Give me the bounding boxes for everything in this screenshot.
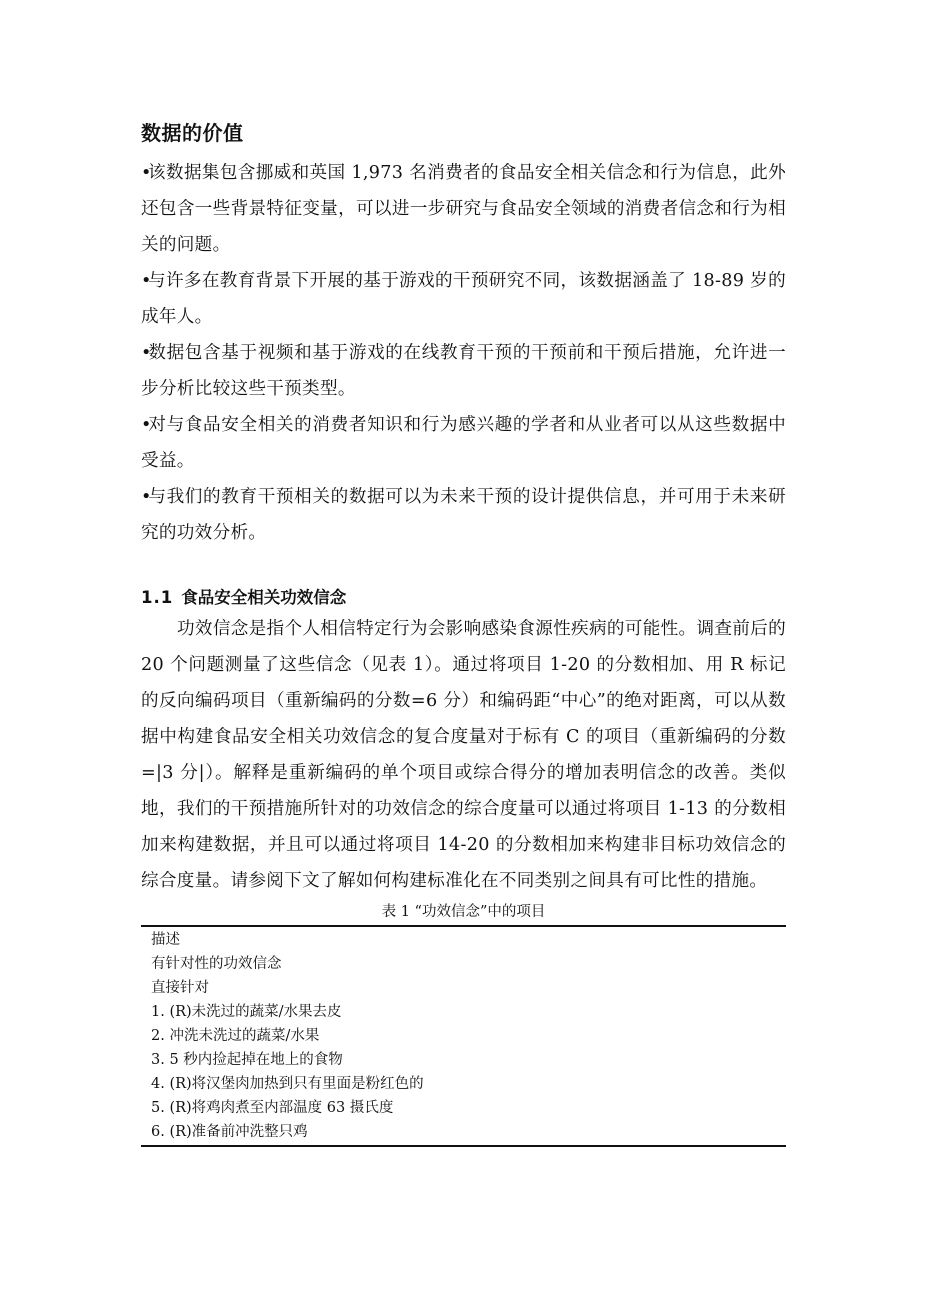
table-cell: 3. 5 秒内捡起掉在地上的食物	[141, 1048, 786, 1072]
efficacy-beliefs-table: 描述 有针对性的功效信念 直接针对 1. (R)未洗过的蔬菜/水果去皮 2. 冲…	[141, 925, 786, 1147]
bullet-text: 数据包含基于视频和基于游戏的在线教育干预的干预前和干预后措施，允许进一步分析比较…	[141, 343, 786, 399]
table-caption: 表 1 “功效信念”中的项目	[141, 899, 786, 923]
bullet-item: •对与食品安全相关的消费者知识和行为感兴趣的学者和从业者可以从这些数据中受益。	[141, 407, 786, 479]
bullet-icon: •	[141, 155, 148, 191]
efficacy-beliefs-paragraph: 功效信念是指个人相信特定行为会影响感染食源性疾病的可能性。调查前后的 20 个问…	[141, 611, 786, 899]
bullet-text: 与我们的教育干预相关的数据可以为未来干预的设计提供信息，并可用于未来研究的功效分…	[141, 487, 786, 543]
value-bullet-list: •该数据集包含挪威和英国 1,973 名消费者的食品安全相关信念和行为信息，此外…	[141, 155, 786, 551]
table-cell: 直接针对	[141, 976, 786, 1000]
table-cell: 4. (R)将汉堡肉加热到只有里面是粉红色的	[141, 1072, 786, 1096]
table-row: 1. (R)未洗过的蔬菜/水果去皮	[141, 1000, 786, 1024]
table-row: 4. (R)将汉堡肉加热到只有里面是粉红色的	[141, 1072, 786, 1096]
table-cell: 有针对性的功效信念	[141, 952, 786, 976]
bullet-icon: •	[141, 479, 148, 515]
bullet-text: 对与食品安全相关的消费者知识和行为感兴趣的学者和从业者可以从这些数据中受益。	[141, 415, 786, 471]
bullet-icon: •	[141, 407, 148, 443]
table-row: 描述	[141, 926, 786, 952]
table-row: 有针对性的功效信念	[141, 952, 786, 976]
table-cell: 6. (R)准备前冲洗整只鸡	[141, 1120, 786, 1146]
bullet-item: •该数据集包含挪威和英国 1,973 名消费者的食品安全相关信念和行为信息，此外…	[141, 155, 786, 263]
bullet-text: 与许多在教育背景下开展的基于游戏的干预研究不同，该数据涵盖了 18-89 岁的成…	[141, 271, 786, 327]
bullet-text: 该数据集包含挪威和英国 1,973 名消费者的食品安全相关信念和行为信息，此外还…	[141, 163, 786, 255]
table-row: 5. (R)将鸡肉煮至内部温度 63 摄氏度	[141, 1096, 786, 1120]
table-row: 直接针对	[141, 976, 786, 1000]
table-cell: 2. 冲洗未洗过的蔬菜/水果	[141, 1024, 786, 1048]
bullet-item: •与许多在教育背景下开展的基于游戏的干预研究不同，该数据涵盖了 18-89 岁的…	[141, 263, 786, 335]
bullet-icon: •	[141, 335, 148, 371]
table-row: 6. (R)准备前冲洗整只鸡	[141, 1120, 786, 1146]
table-row: 3. 5 秒内捡起掉在地上的食物	[141, 1048, 786, 1072]
bullet-item: •数据包含基于视频和基于游戏的在线教育干预的干预前和干预后措施，允许进一步分析比…	[141, 335, 786, 407]
bullet-icon: •	[141, 263, 148, 299]
bullet-item: •与我们的教育干预相关的数据可以为未来干预的设计提供信息，并可用于未来研究的功效…	[141, 479, 786, 551]
section-heading-text: 食品安全相关功效信念	[181, 588, 346, 607]
section-heading-1-1: 1.1食品安全相关功效信念	[141, 585, 786, 611]
table-header-cell: 描述	[141, 926, 786, 952]
document-page: 数据的价值 •该数据集包含挪威和英国 1,973 名消费者的食品安全相关信念和行…	[141, 118, 786, 1147]
section-title-data-value: 数据的价值	[141, 118, 786, 148]
table-cell: 1. (R)未洗过的蔬菜/水果去皮	[141, 1000, 786, 1024]
table-row: 2. 冲洗未洗过的蔬菜/水果	[141, 1024, 786, 1048]
table-cell: 5. (R)将鸡肉煮至内部温度 63 摄氏度	[141, 1096, 786, 1120]
section-number: 1.1	[141, 588, 173, 607]
